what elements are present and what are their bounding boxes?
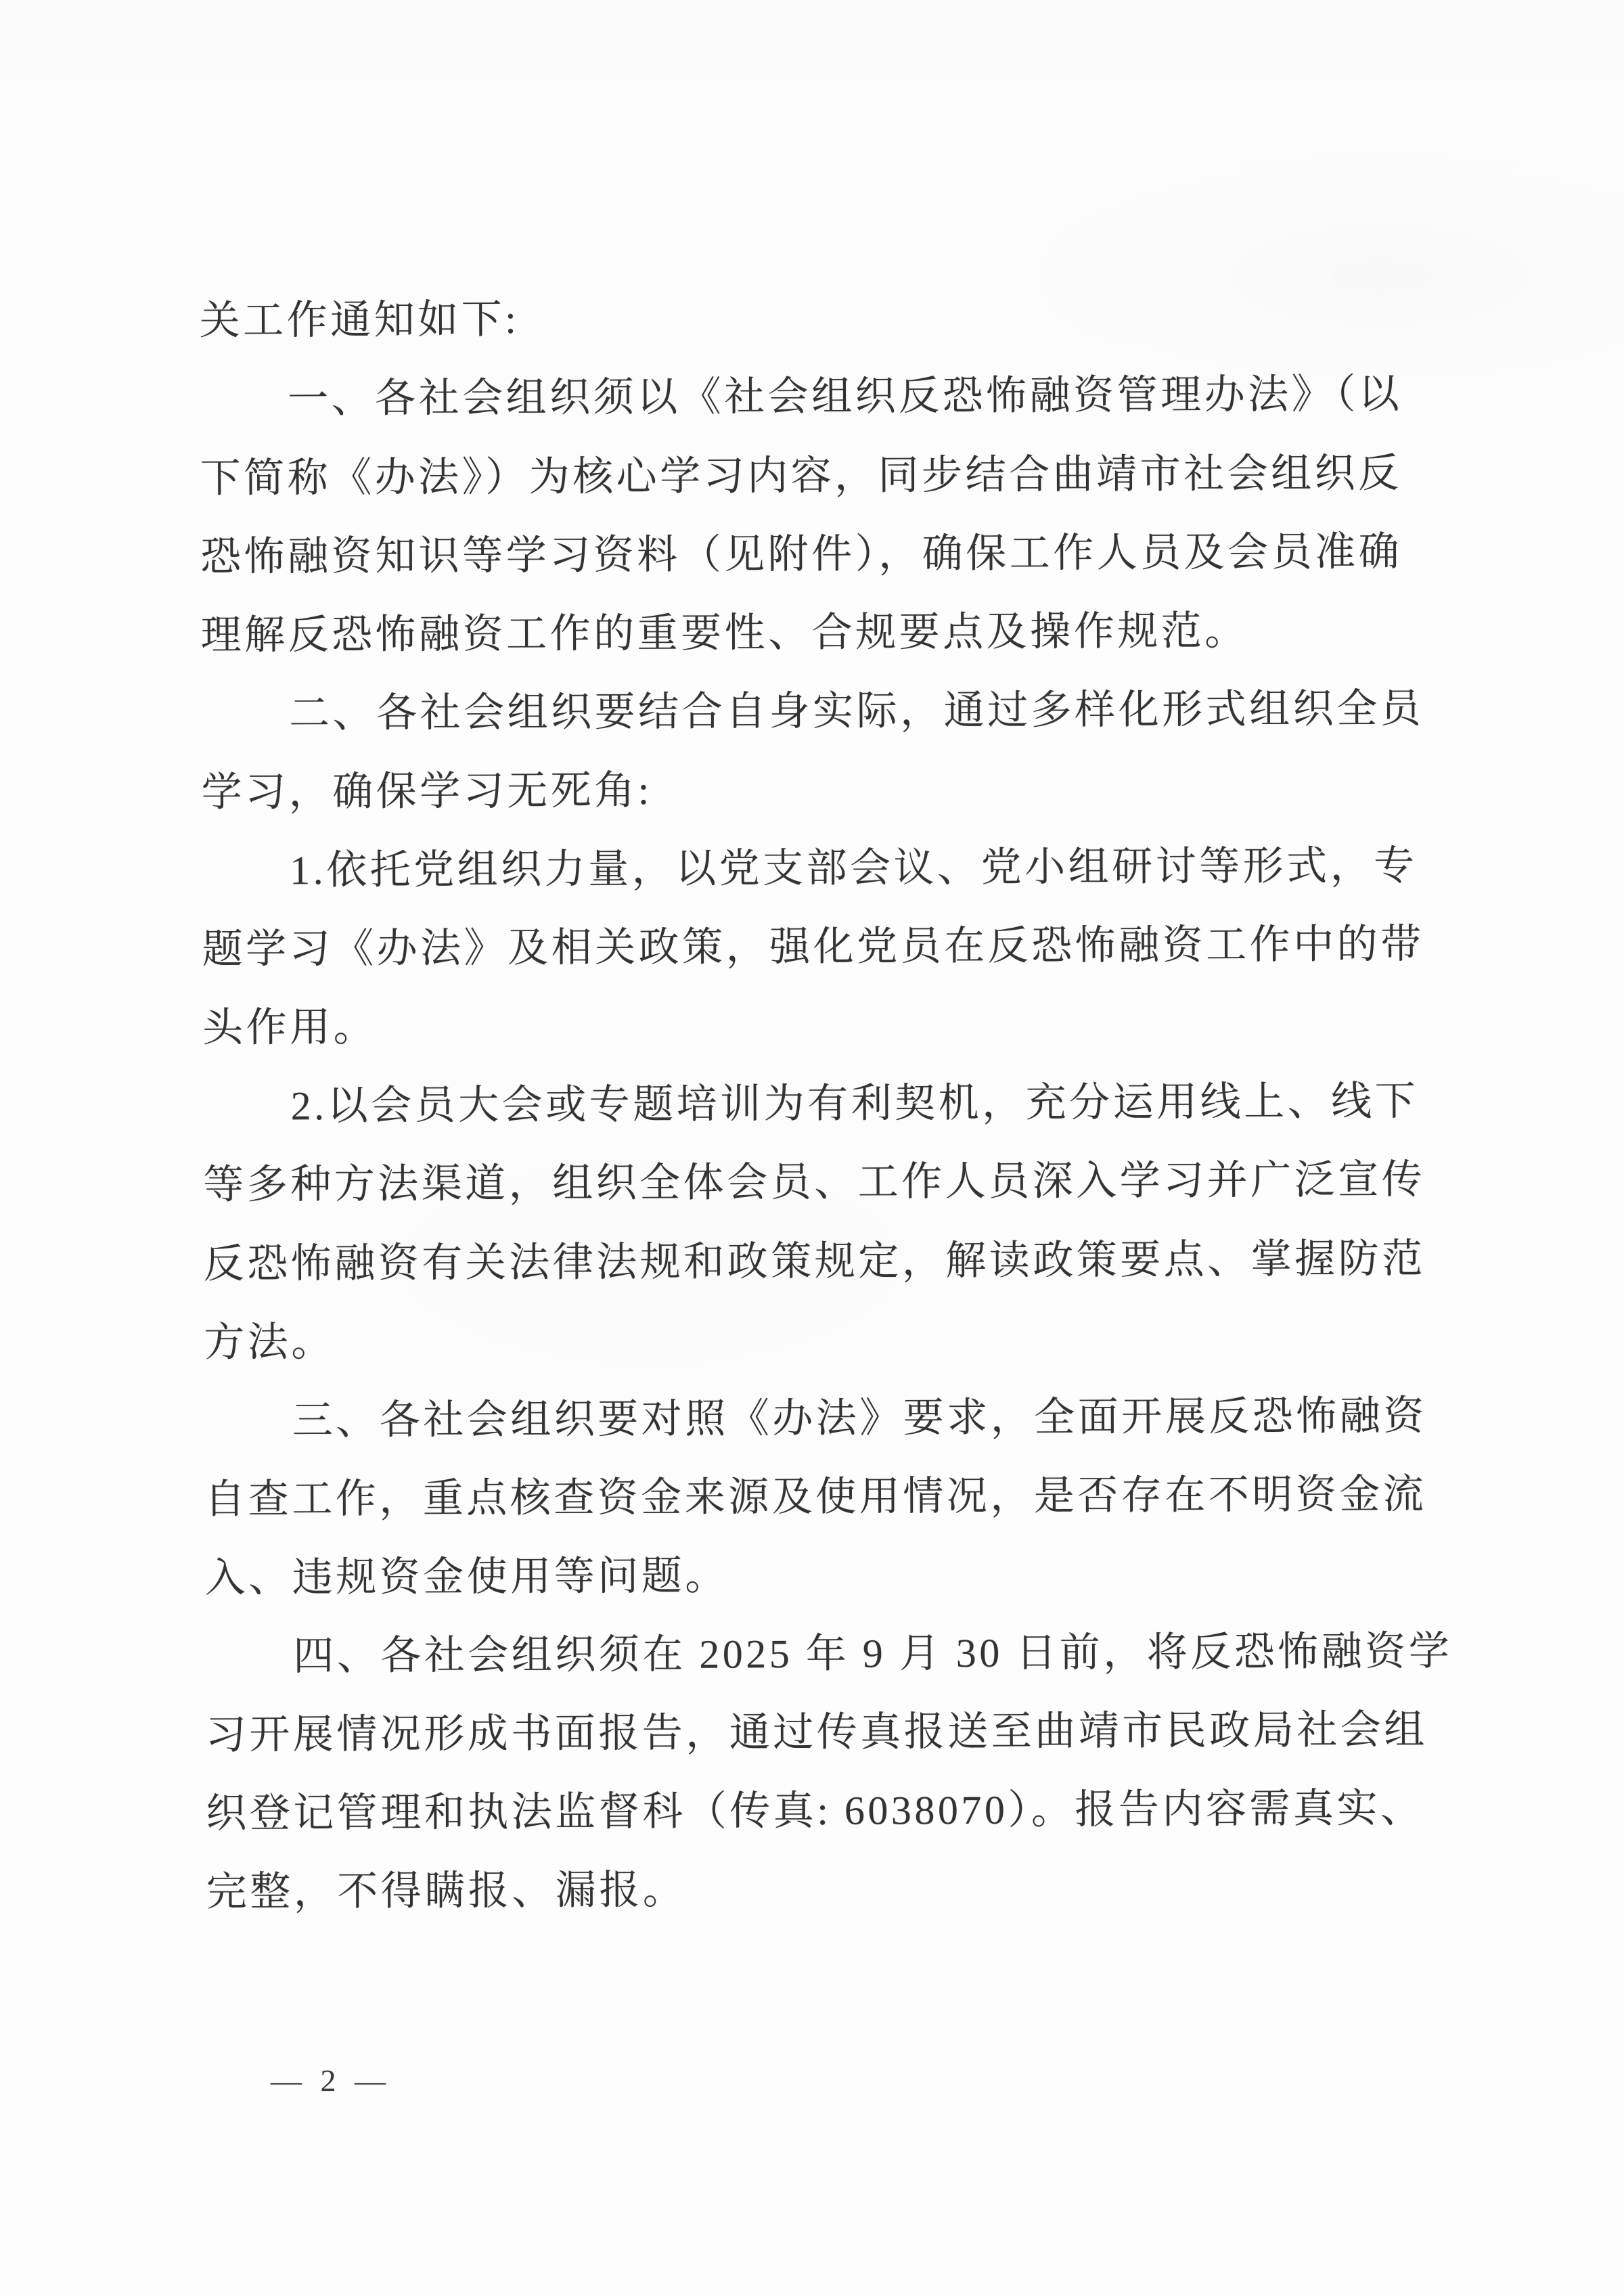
document-line: 题学习《办法》及相关政策，强化党员在反恐怖融资工作中的带 (202, 922, 1441, 972)
document-line: 下简称《办法》）为核心学习内容，同步结合曲靖市社会组织反 (200, 451, 1439, 501)
document-line: 方法。 (204, 1315, 1442, 1365)
page-number: — 2 — (271, 2063, 391, 2098)
document-body: 关工作通知如下: 一、各社会组织须以《社会组织反恐怖融资管理办法》（以 下简称《… (0, 0, 1624, 2296)
document-line: 恐怖融资知识等学习资料（见附件），确保工作人员及会员准确 (200, 529, 1439, 579)
document-line: 一、各社会组织须以《社会组织反恐怖融资管理办法》（以 (200, 372, 1438, 422)
document-line: 三、各社会组织要对照《办法》要求，全面开展反恐怖融资 (204, 1393, 1443, 1443)
document-line: 织登记管理和执法监督科（传真: 6038070）。报告内容需真实、 (206, 1786, 1444, 1836)
document-line: 2.以会员大会或专题培训为有利契机，充分运用线上、线下 (203, 1079, 1441, 1129)
document-page: 关工作通知如下: 一、各社会组织须以《社会组织反恐怖融资管理办法》（以 下简称《… (0, 0, 1624, 2296)
document-line: 反恐怖融资有关法律法规和政策规定，解读政策要点、掌握防范 (204, 1236, 1442, 1286)
document-line: 入、违规资金使用等问题。 (205, 1550, 1443, 1600)
document-line: 二、各社会组织要结合自身实际，通过多样化形式组织全员 (201, 686, 1439, 736)
document-line: 四、各社会组织须在 2025 年 9 月 30 日前，将反恐怖融资学 (205, 1629, 1443, 1679)
document-line: 头作用。 (202, 1000, 1441, 1050)
document-line: 关工作通知如下: (200, 293, 1438, 343)
document-line: 习开展情况形成书面报告，通过传真报送至曲靖市民政局社会组 (206, 1707, 1444, 1757)
document-line: 1.依托党组织力量，以党支部会议、党小组研讨等形式，专 (202, 843, 1440, 893)
document-line: 完整，不得瞒报、漏报。 (206, 1864, 1445, 1914)
document-line: 学习，确保学习无死角: (202, 765, 1440, 815)
document-line: 等多种方法渠道，组织全体会员、工作人员深入学习并广泛宣传 (203, 1157, 1441, 1207)
document-line: 自查工作，重点核查资金来源及使用情况，是否存在不明资金流 (204, 1472, 1443, 1522)
document-line: 理解反恐怖融资工作的重要性、合规要点及操作规范。 (201, 608, 1439, 658)
